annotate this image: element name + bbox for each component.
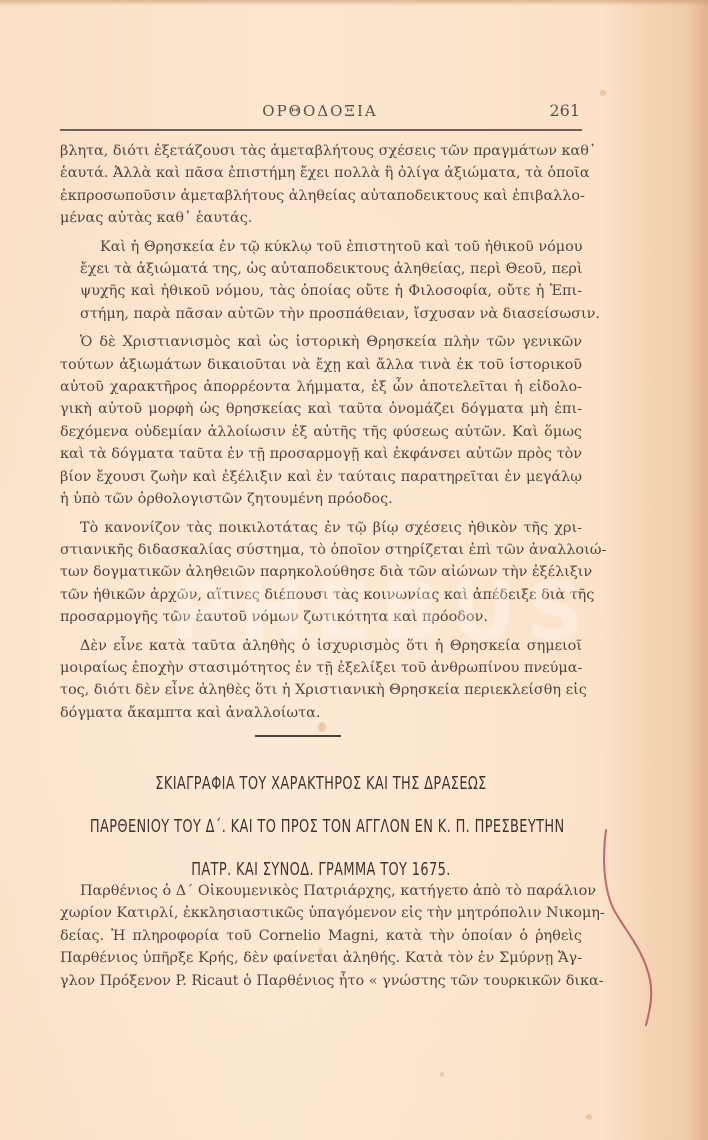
text-line: βλητα, διότι ἐξετάζουσι τὰς ἀμεταβλήτους… (60, 140, 582, 162)
text-line: γικὴ αὐτοῦ μορφὴ ὡς θρησκείας καὶ ταῦτα … (60, 398, 582, 420)
text-line: Ὁ δὲ Χριστιανισμὸς καὶ ὡς ἱστορικὴ Θρησκ… (60, 331, 582, 353)
text-line: δόγματα ἄκαμπτα καὶ ἀναλλοίωτα. (60, 702, 582, 724)
text-line: χωρίον Κατιρλί, ἐκκλησιαστικῶς ὑπαγόμενο… (60, 902, 582, 924)
paragraph: Δὲν εἶνε κατὰ ταῦτα ἀληθὴς ὁ ἰσχυρισμὸς … (60, 635, 582, 725)
paragraph: Τὸ κανονίζον τὰς ποικιλοτάτας ἐν τῷ βίῳ … (60, 517, 582, 629)
foxing-spot (586, 1114, 592, 1120)
section-intro-text: Παρθένιος ὁ Δ΄ Οἰκουμενικὸς Πατριάρχης, … (60, 880, 582, 992)
text-line: Παρθένιος ὁ Δ΄ Οἰκουμενικὸς Πατριάρχης, … (60, 880, 582, 902)
text-line: ἐκπροσωποῦσιν ἀμεταβλήτους ἀληθείας αὐτα… (60, 185, 582, 207)
text-line: Παρθένιος ὑπῆρξε Κρής, δὲν φαίνεται ἀληθ… (60, 947, 582, 969)
text-line: τος, διότι δὲν εἶνε ἀληθὲς ὅτι ἡ Χριστια… (60, 679, 582, 701)
text-line: τῶν ἠθικῶν ἀρχῶν, αἵτινες διέπουσι τὰς κ… (60, 584, 582, 606)
page-top-edge (0, 0, 708, 6)
body-text: βλητα, διότι ἐξετάζουσι τὰς ἀμεταβλήτους… (60, 140, 582, 730)
paragraph: βλητα, διότι ἐξετάζουσι τὰς ἀμεταβλήτους… (60, 140, 582, 230)
section-heading: ΣΚΙΑΓΡΑΦΙΑ ΤΟΥ ΧΑΡΑΚΤΗΡΟΣ ΚΑΙ ΤΗΣ ΔΡΑΣΕΩ… (90, 762, 552, 891)
scanned-page: ΟΡΘΟΔΟΞΙΑ 261 βλητα, διότι ἐξετάζουσι τὰ… (0, 0, 708, 1140)
text-line: καὶ τὰ δόγματα ταῦτα ἐν τῇ προσαρμογῇ κα… (60, 443, 582, 465)
text-line: στιανικῆς διδασκαλίας σύστημα, τὸ ὁποῖον… (60, 539, 582, 561)
text-line: Δὲν εἶνε κατὰ ταῦτα ἀληθὴς ὁ ἰσχυρισμὸς … (60, 635, 582, 657)
text-line: μένας αὐτὰς καθ᾽ ἑαυτάς. (60, 207, 582, 229)
foxing-spot (600, 90, 606, 96)
text-line: βίον ἔχουσι ζωὴν καὶ ἐξέλιξιν καὶ ἐν ταύ… (60, 466, 582, 488)
text-line: μοιραίως ἐποχὴν στασιμότητος ἐν τῇ ἐξελί… (60, 657, 582, 679)
text-line: Τὸ κανονίζον τὰς ποικιλοτάτας ἐν τῷ βίῳ … (60, 517, 582, 539)
text-line: τούτων ἀξιωμάτων δικαιοῦται νὰ ἔχῃ καὶ ἄ… (60, 354, 582, 376)
running-title: ΟΡΘΟΔΟΞΙΑ (60, 102, 580, 120)
text-line: ἔχει τὰ ἀξιώματά της, ὡς αὐταποδεικτους … (60, 258, 582, 280)
header-rule (60, 129, 582, 131)
heading-line: ΠΑΡΘΕΝΙΟΥ ΤΟΥ Δ΄. ΚΑΙ ΤΟ ΠΡΟΣ ΤΟΝ ΑΓΓΛΟΝ… (90, 805, 552, 848)
text-line: προσαρμογῆς τῶν ἑαυτοῦ νόμων ζωτικότητα … (60, 606, 582, 628)
text-line: γλον Πρόξενον P. Ricaut ὁ Παρθένιος ἦτο … (60, 970, 582, 992)
text-line: ψυχῆς καὶ ἠθικοῦ νόμου, τὰς ὁποίας οὔτε … (60, 280, 582, 302)
text-line: δείας. Ἡ πληροφορία τοῦ Cornelio Magni, … (60, 925, 582, 947)
page-right-edge (686, 0, 708, 1140)
text-line: αὐτοῦ χαρακτῆρος ἀπορρέοντα λήμματα, ἐξ … (60, 376, 582, 398)
text-line: των δογματικῶν ἀληθειῶν παρηκολούθησε δι… (60, 561, 582, 583)
foxing-spot (440, 1072, 444, 1077)
text-line: δεχόμενα οὐδεμίαν ἀλλοίωσιν ἐξ αὐτῆς τῆς… (60, 421, 582, 443)
text-line: στήμη, παρὰ πᾶσαν αὐτῶν τὴν προσπάθειαν,… (60, 303, 582, 325)
heading-line: ΣΚΙΑΓΡΑΦΙΑ ΤΟΥ ΧΑΡΑΚΤΗΡΟΣ ΚΑΙ ΤΗΣ ΔΡΑΣΕΩ… (90, 762, 552, 805)
paragraph: Καὶ ἡ Θρησκεία ἐν τῷ κύκλῳ τοῦ ἐπιστητοῦ… (60, 236, 582, 326)
text-line: Καὶ ἡ Θρησκεία ἐν τῷ κύκλῳ τοῦ ἐπιστητοῦ… (60, 236, 582, 258)
paragraph: Ὁ δὲ Χριστιανισμὸς καὶ ὡς ἱστορικὴ Θρησκ… (60, 331, 582, 510)
running-head: ΟΡΘΟΔΟΞΙΑ 261 (60, 100, 580, 124)
page-number: 261 (549, 101, 580, 120)
text-line: ἡ ὑπὸ τῶν ὀρθολογιστῶν ζητουμένη πρόοδος… (60, 488, 582, 510)
text-line: ἑαυτά. Ἀλλὰ καὶ πᾶσα ἐπιστήμη ἔχει πολλὰ… (60, 162, 582, 184)
pencil-margin-mark (600, 820, 660, 1040)
section-separator (255, 735, 341, 737)
